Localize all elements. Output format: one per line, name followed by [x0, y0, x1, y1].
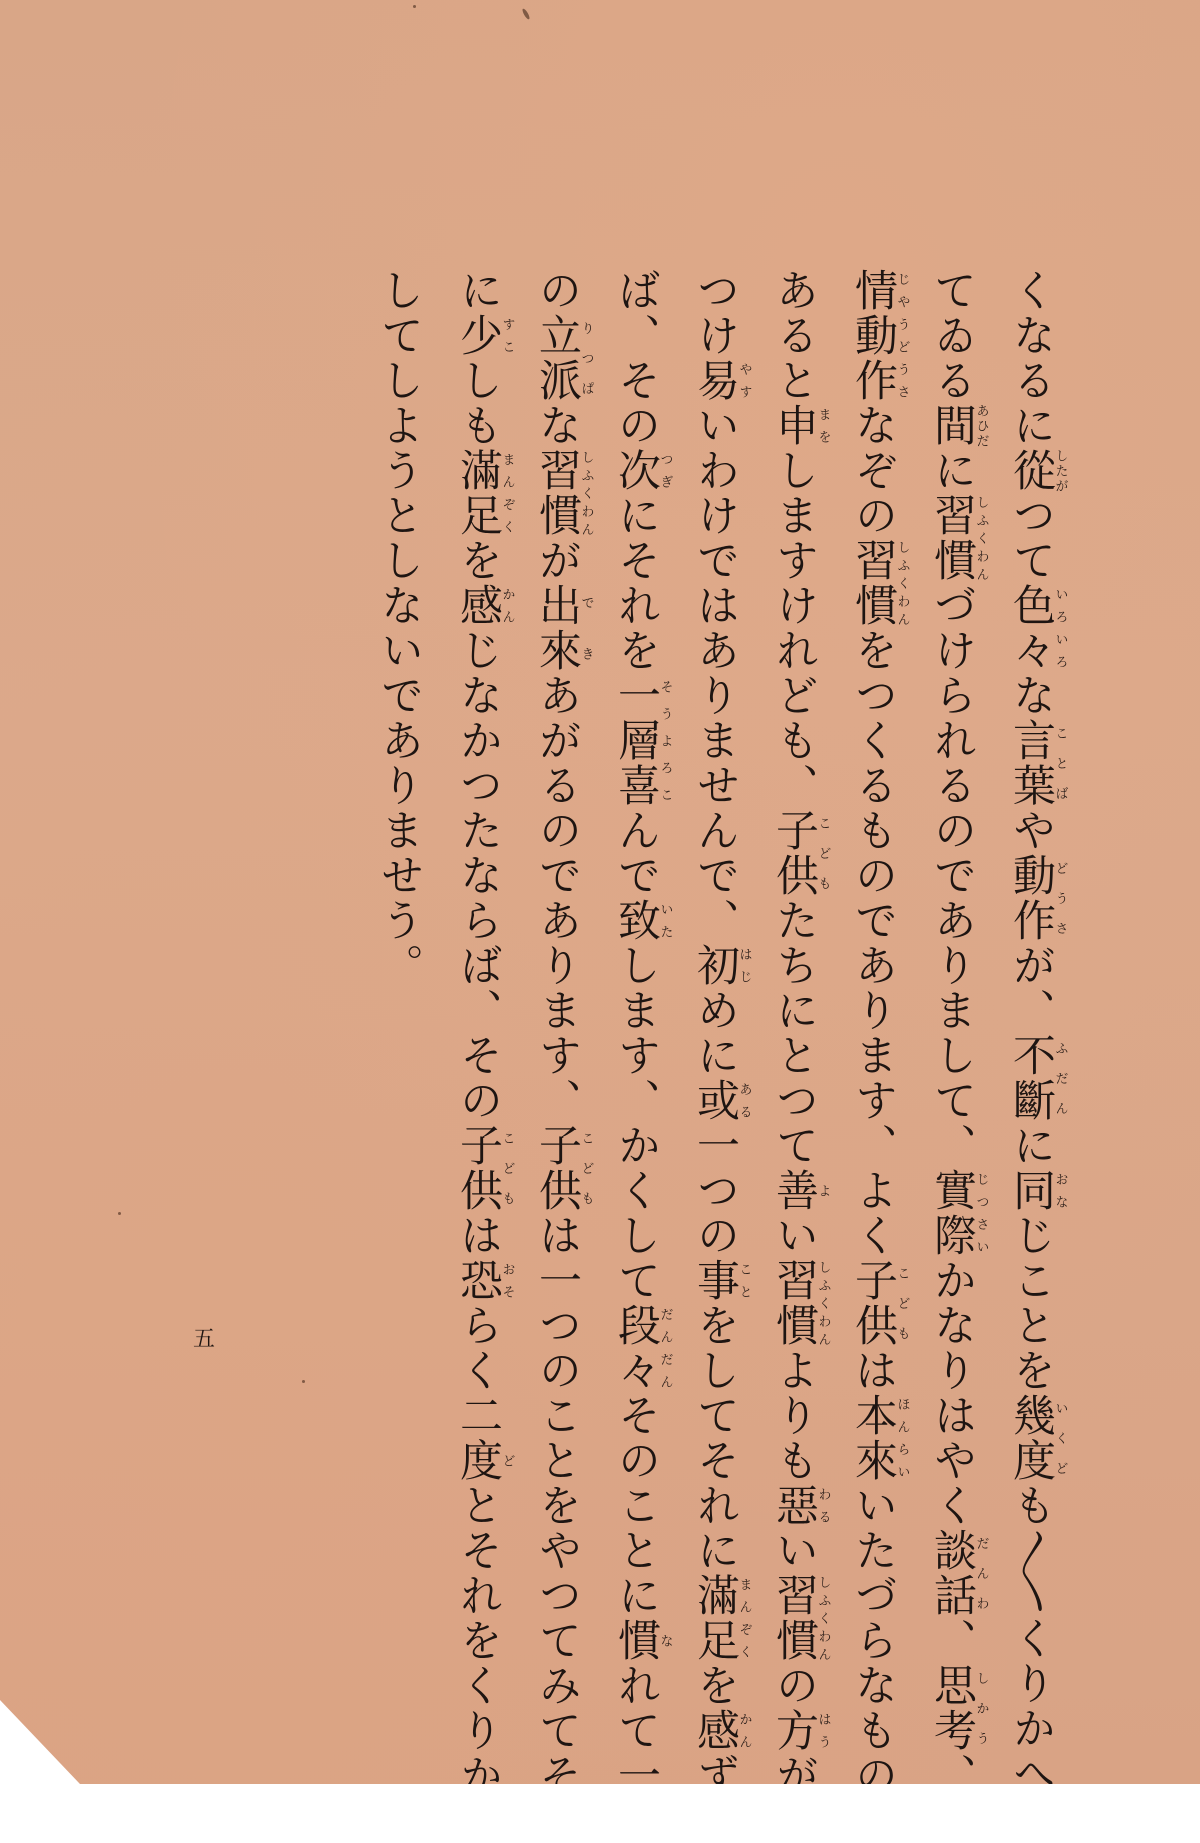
text-column: てゐる間あひだに習慣しふくわんづけられるのでありまして、實際じつさいかなりはやく…	[912, 268, 991, 1598]
book-page: くなるに從したがつて色々いろいろな言葉ことばや動作どうさが、不斷ふだんに同おなじ…	[0, 0, 1200, 1784]
furigana-word: 初はじ	[690, 943, 740, 988]
furigana-word: 同おな	[1006, 1168, 1056, 1213]
furigana-word: 習慣しふくわん	[769, 1258, 819, 1348]
furigana-word: 實際じつさい	[927, 1168, 977, 1258]
furigana-word: 感かん	[690, 1708, 740, 1753]
furigana-word: 少すこ	[453, 313, 503, 358]
furigana-word: 子供こども	[532, 1123, 582, 1213]
furigana-word: 立派りつぱ	[532, 313, 582, 403]
furigana-word: 度ど	[453, 1438, 503, 1483]
furigana-word: 惡わる	[769, 1483, 819, 1528]
furigana-word: 申まを	[769, 403, 819, 448]
furigana-word: 子供こども	[848, 1258, 898, 1348]
page-number: 五	[193, 1322, 215, 1353]
furigana-word: 習慣しふくわん	[927, 493, 977, 583]
furigana-word: 事こと	[690, 1258, 740, 1303]
furigana-word: 一層喜そうよろこ	[611, 673, 661, 808]
furigana-word: 次つぎ	[611, 448, 661, 493]
paper-speck	[302, 1380, 305, 1383]
furigana-word: 不斷ふだん	[1006, 1033, 1056, 1123]
furigana-word: 色々いろいろ	[1006, 583, 1056, 673]
furigana-word: 或ある	[690, 1078, 740, 1123]
furigana-word: 習慣しふくわん	[848, 538, 898, 628]
furigana-word: 恐おそ	[453, 1258, 503, 1303]
furigana-word: 動作どうさ	[1006, 853, 1056, 943]
text-column: 情動作じやうどうさなぞの習慣しふくわんをつくるものであります、よく子供こどもは本…	[833, 268, 912, 1598]
furigana-word: 習慣しふくわん	[769, 1573, 819, 1663]
text-column: あると申まをしますけれども、子供こどもたちにとつて善よい習慣しふくわんよりも惡わ…	[754, 268, 833, 1598]
furigana-word: 本來ほんらい	[848, 1393, 898, 1483]
text-column: くなるに從したがつて色々いろいろな言葉ことばや動作どうさが、不斷ふだんに同おなじ…	[991, 268, 1070, 1598]
furigana-word: 從したが	[1006, 448, 1056, 493]
vertical-text-body: くなるに從したがつて色々いろいろな言葉ことばや動作どうさが、不斷ふだんに同おなじ…	[359, 268, 1070, 1598]
furigana-word: 方はう	[769, 1708, 819, 1753]
text-column: の立派りつぱな習慣しふくわんが出來できあがるのであります、子供こどもは一つのこと…	[517, 268, 596, 1598]
furigana-word: 易やす	[690, 358, 740, 403]
furigana-word: 出來でき	[532, 583, 582, 673]
furigana-word: 子供こども	[769, 808, 819, 898]
furigana-word: 談話だんわ	[927, 1528, 977, 1618]
furigana-word: 段々だんだん	[611, 1303, 661, 1393]
furigana-word: 善よ	[769, 1168, 819, 1213]
furigana-word: 幾度いくど	[1006, 1393, 1056, 1483]
text-column: に少すこしも滿足まんぞくを感かんじなかつたならば、その子供こどもは恐おそらく二度…	[438, 268, 517, 1598]
text-column: してしようとしないでありませう。	[359, 268, 438, 1598]
furigana-word: 習慣しふくわん	[532, 448, 582, 538]
paper-speck	[413, 5, 416, 8]
furigana-word: 感かん	[453, 583, 503, 628]
text-column: つけ易やすいわけではありませんで、初はじめに或ある一つの事ことをしてそれに滿足ま…	[675, 268, 754, 1598]
furigana-word: 慣な	[611, 1618, 661, 1663]
furigana-word: 致いた	[611, 898, 661, 943]
furigana-word: 滿足まんぞく	[690, 1573, 740, 1663]
furigana-word: 子供こども	[453, 1123, 503, 1213]
text-column: ば、その次つぎにそれを一層喜そうよろこんで致いたします、かくして段々だんだんその…	[596, 268, 675, 1598]
furigana-word: 間あひだ	[927, 403, 977, 448]
furigana-word: 情動作じやうどうさ	[848, 268, 898, 403]
paper-speck	[521, 8, 530, 20]
furigana-word: 思考しかう	[927, 1663, 977, 1753]
furigana-word: 言葉ことば	[1006, 718, 1056, 808]
paper-speck	[118, 1212, 121, 1215]
furigana-word: 滿足まんぞく	[453, 448, 503, 538]
